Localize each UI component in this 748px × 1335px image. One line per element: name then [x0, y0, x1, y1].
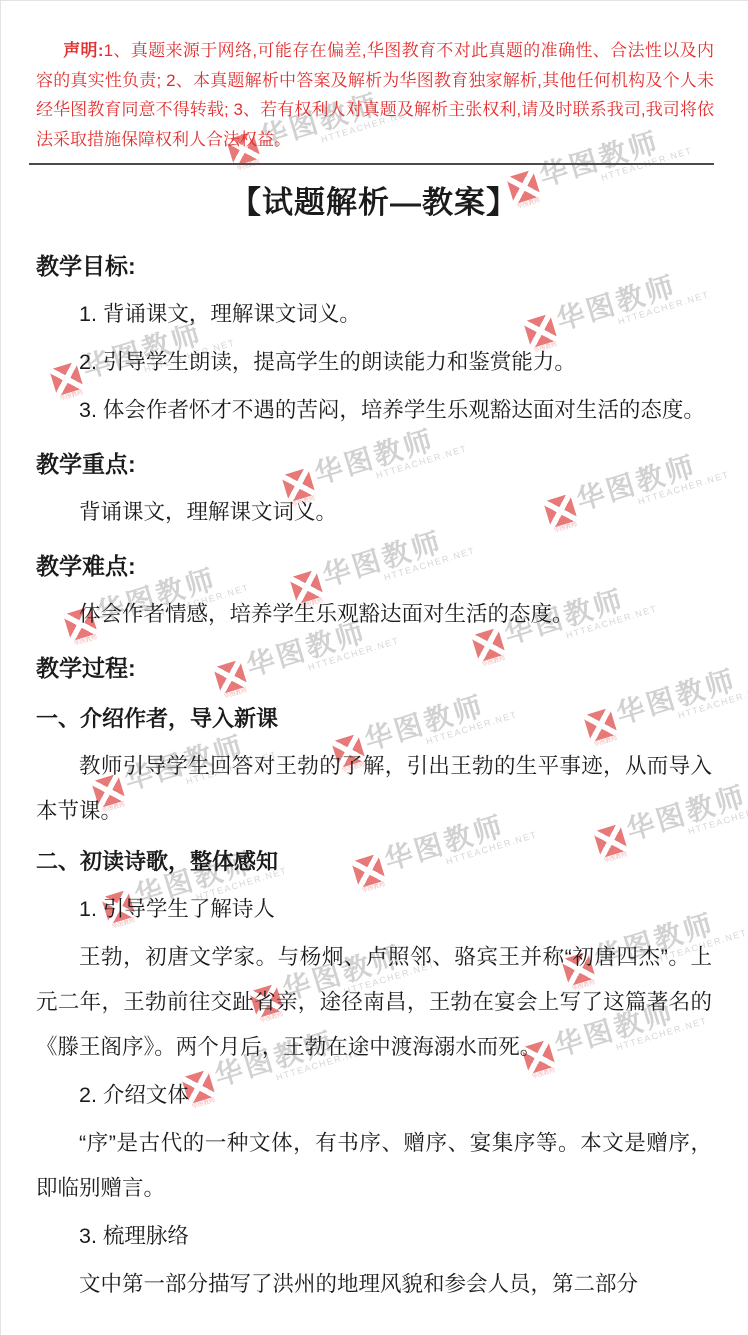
- genre-introduction-paragraph: “序”是古代的一种文体，有书序、赠序、宴集序等。本文是赠序，即临别赠言。: [36, 1121, 712, 1211]
- step-2-item-1: 1. 引导学生了解诗人: [36, 887, 712, 932]
- heading-teaching-process: 教学过程:: [36, 646, 712, 691]
- divider-line: [29, 163, 714, 165]
- objective-item-1: 1. 背诵课文，理解课文词义。: [36, 292, 712, 337]
- disclaimer-text: 1、真题来源于网络,可能存在偏差,华图教育不对此真题的准确性、合法性以及内容的真…: [36, 41, 714, 149]
- document-page: 华图教师华图教师HTTEACHER.NET 华图教师华图教师HTTEACHER.…: [0, 0, 748, 1335]
- document-body: 声明:1、真题来源于网络,可能存在偏差,华图教育不对此真题的准确性、合法性以及内…: [0, 36, 748, 1307]
- step-1-intro-author: 一、介绍作者，导入新课: [36, 696, 712, 741]
- poet-introduction-paragraph: 王勃，初唐文学家。与杨炯、卢照邻、骆宾王并称“初唐四杰”。上元二年，王勃前往交趾…: [36, 935, 712, 1070]
- objective-item-3: 3. 体会作者怀才不遇的苦闷，培养学生乐观豁达面对生活的态度。: [36, 388, 712, 433]
- heading-teaching-key-points: 教学重点:: [36, 442, 712, 487]
- heading-teaching-difficulties: 教学难点:: [36, 544, 712, 589]
- key-points-text: 背诵课文，理解课文词义。: [36, 490, 712, 535]
- heading-teaching-objectives: 教学目标:: [36, 244, 712, 289]
- structure-paragraph: 文中第一部分描写了洪州的地理风貌和参会人员，第二部分: [36, 1262, 712, 1307]
- step-2-item-2: 2. 介绍文体: [36, 1073, 712, 1118]
- page-title: 【试题解析—教案】: [0, 179, 748, 227]
- step-1-paragraph: 教师引导学生回答对王勃的了解，引出王勃的生平事迹，从而导入本节课。: [36, 744, 712, 834]
- lesson-plan-content: 教学目标: 1. 背诵课文，理解课文词义。 2. 引导学生朗读，提高学生的朗读能…: [0, 227, 748, 1307]
- objective-item-2: 2. 引导学生朗读，提高学生的朗读能力和鉴赏能力。: [36, 340, 712, 385]
- step-2-first-reading: 二、初读诗歌，整体感知: [36, 839, 712, 884]
- difficulties-text: 体会作者情感，培养学生乐观豁达面对生活的态度。: [36, 592, 712, 637]
- step-2-item-3: 3. 梳理脉络: [36, 1214, 712, 1259]
- disclaimer-label: 声明:: [63, 41, 103, 60]
- disclaimer: 声明:1、真题来源于网络,可能存在偏差,华图教育不对此真题的准确性、合法性以及内…: [36, 36, 714, 154]
